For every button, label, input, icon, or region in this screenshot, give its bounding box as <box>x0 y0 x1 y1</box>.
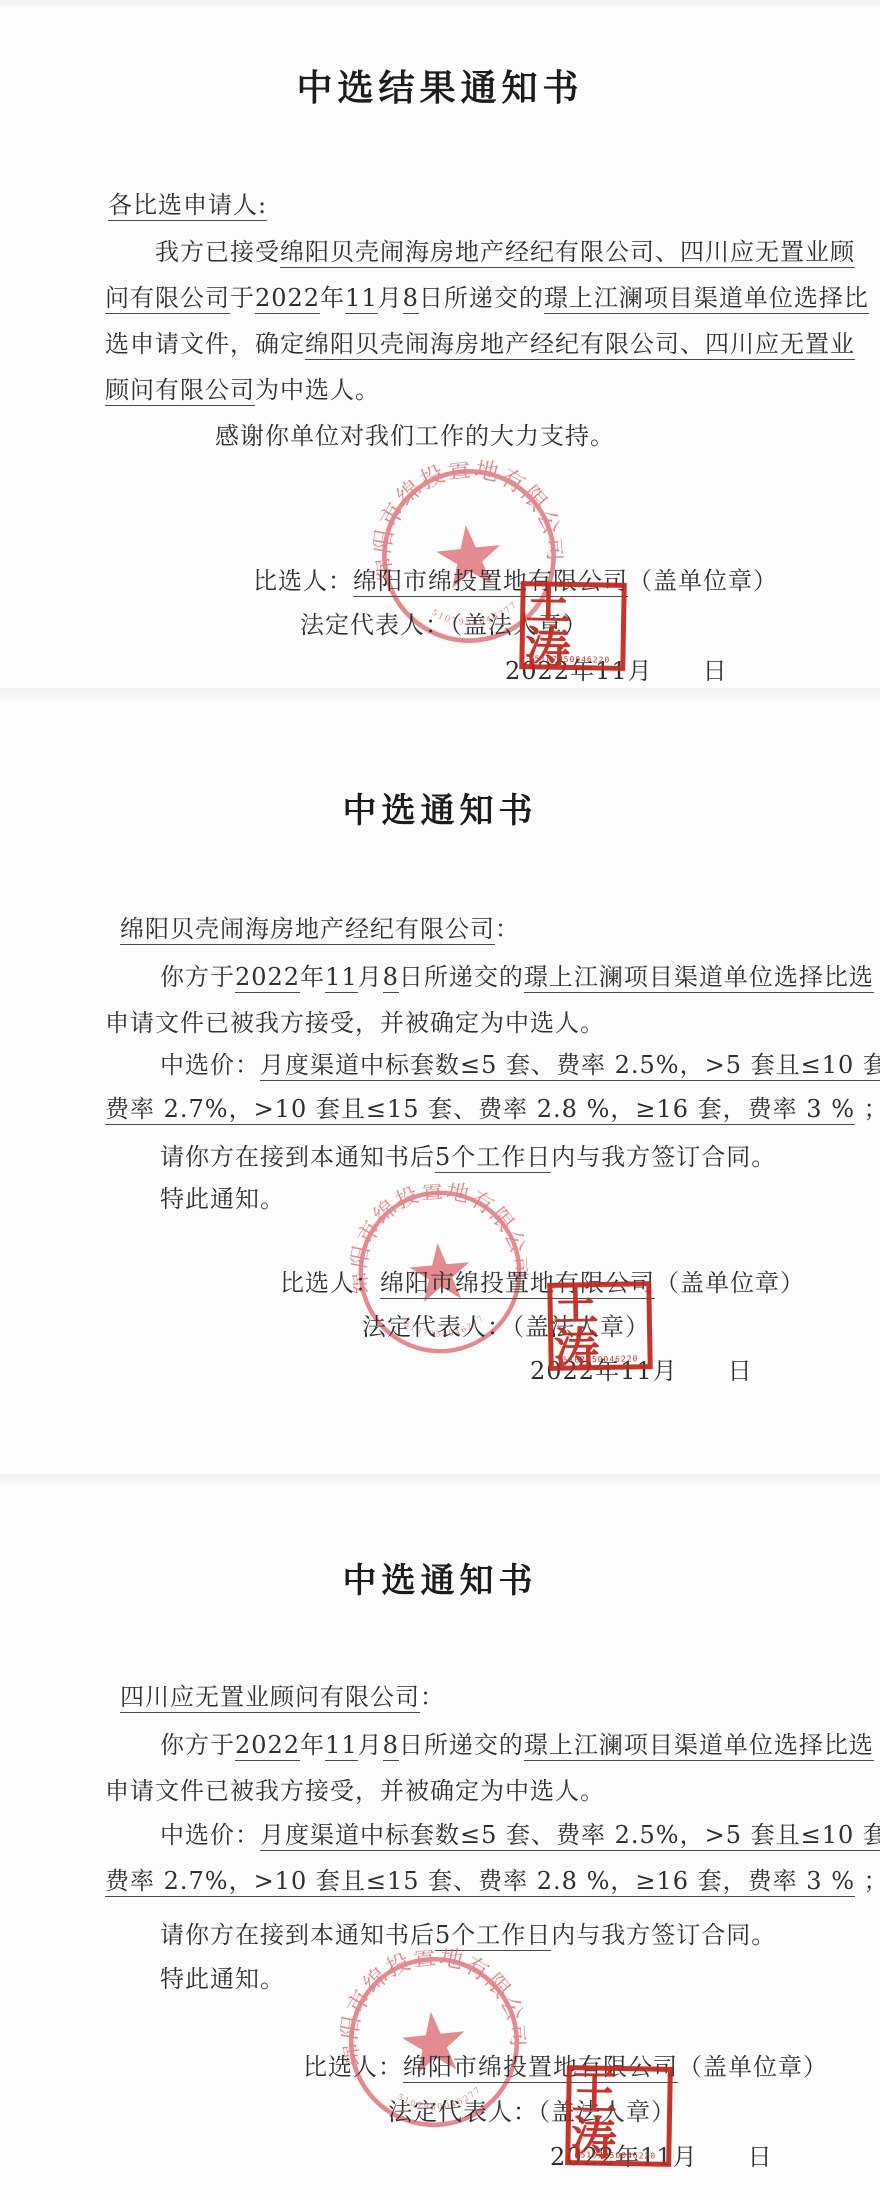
para-line: 申请文件已被我方接受，并被确定为中选人。 <box>105 1008 605 1038</box>
para-line: 问有限公司于2022年11月8日所递交的璟上江澜项目渠道单位选择比 <box>105 283 869 313</box>
para-line: 中选价：月度渠道中标套数≤5 套、费率 2.5%，>5 套且≤10 套、 <box>160 1820 880 1850</box>
recipient-company: 绵阳贝壳闹海房地产经纪有限公司 <box>120 915 495 945</box>
legal-rep-name-stamp: 王涛 5107950046220 <box>547 1281 653 1371</box>
para-line: 你方于2022年11月8日所递交的璟上江澜项目渠道单位选择比选 <box>160 962 874 992</box>
para-line: 费率 2.7%，>10 套且≤15 套、费率 2.8 %，≥16 套，费率 3 … <box>105 1866 880 1896</box>
unit-seal-note: （盖单位章） <box>628 567 778 595</box>
unit-seal-note: （盖单位章） <box>678 2053 828 2081</box>
para-line: 请你方在接到本通知书后5个工作日内与我方签订合同。 <box>160 1920 776 1950</box>
selector-label: 比选人： <box>280 1269 380 1297</box>
notice-2-title: 中选通知书 <box>0 783 880 832</box>
seal-company-text: 绵阳市绵投置地有限公司 <box>333 1941 533 2068</box>
thanks-line: 感谢你单位对我们工作的大力支持。 <box>215 421 615 451</box>
para-line: 请你方在接到本通知书后5个工作日内与我方签订合同。 <box>160 1142 776 1172</box>
para-line: 费率 2.7%，>10 套且≤15 套、费率 2.8 %，≥16 套，费率 3 … <box>105 1094 880 1124</box>
scanned-document-page: 中选结果通知书 各比选申请人: 我方已接受绵阳贝壳闹海房地产经纪有限公司、四川应… <box>0 0 880 2199</box>
seal-company-text: 绵阳市绵投置地有限公司 <box>366 453 572 583</box>
notice-3-title: 中选通知书 <box>0 1553 880 1602</box>
legal-rep-label: 法定代表人： <box>362 1313 512 1341</box>
recipient-line: 绵阳贝壳闹海房地产经纪有限公司： <box>120 914 520 944</box>
legal-rep-name-stamp: 王涛 5107950046220 <box>519 581 627 671</box>
para-line: 你方于2022年11月8日所递交的璟上江澜项目渠道单位选择比选 <box>160 1730 874 1760</box>
stamp-serial: 5107950046220 <box>570 2150 666 2161</box>
para-line: 特此通知。 <box>160 1964 285 1994</box>
selector-line: 比选人：绵阳市绵投置地有限公司（盖单位章） <box>303 2052 828 2082</box>
para-line: 特此通知。 <box>160 1184 285 1214</box>
notice-1-title: 中选结果通知书 <box>0 60 880 111</box>
legal-rep-label: 法定代表人： <box>388 2098 538 2126</box>
recipient-line: 四川应无置业顾问有限公司： <box>120 1682 445 1712</box>
para-line: 选申请文件，确定绵阳贝壳闹海房地产经纪有限公司、四川应无置业 <box>105 329 855 359</box>
stamp-name: 王涛 <box>570 2069 668 2163</box>
selector-line: 比选人：绵阳市绵投置地有限公司（盖单位章） <box>253 566 778 596</box>
para-line: 中选价：月度渠道中标套数≤5 套、费率 2.5%，>5 套且≤10 套、 <box>160 1050 880 1080</box>
selector-label: 比选人： <box>253 567 353 595</box>
para-line: 顾问有限公司为中选人。 <box>105 375 380 405</box>
recipient-company: 四川应无置业顾问有限公司 <box>120 1683 420 1713</box>
legal-rep-label: 法定代表人： <box>300 611 450 639</box>
para-line: 申请文件已被我方接受，并被确定为中选人。 <box>105 1776 605 1806</box>
stamp-serial: 5107950046220 <box>554 1354 648 1365</box>
stamp-serial: 5107950046220 <box>524 654 620 665</box>
unit-seal-note: （盖单位章） <box>655 1269 805 1297</box>
selector-label: 比选人： <box>303 2053 403 2081</box>
selector-line: 比选人：绵阳市绵投置地有限公司（盖单位章） <box>280 1268 805 1298</box>
legal-rep-name-stamp: 王涛 5107950046220 <box>565 2065 673 2167</box>
page-break-band <box>0 688 880 700</box>
salutation-line: 各比选申请人: <box>108 190 267 220</box>
page-break-band <box>0 1474 880 1484</box>
scan-artifact-band <box>0 0 880 6</box>
para-line: 我方已接受绵阳贝壳闹海房地产经纪有限公司、四川应无置业顾 <box>155 237 855 267</box>
